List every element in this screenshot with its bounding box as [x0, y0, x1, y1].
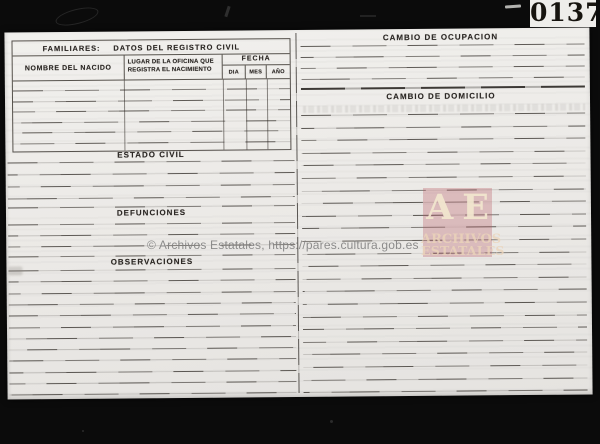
ruled-line: [9, 313, 296, 317]
table-title: DATOS DEL REGISTRO CIVIL: [113, 42, 240, 52]
fecha-subcolumns: DIA MES AÑO: [223, 65, 290, 79]
section-observaciones: OBSERVACIONES: [13, 256, 290, 267]
center-divider-line: [295, 33, 299, 393]
ruled-line: [301, 76, 585, 79]
photo-id: 0137: [530, 0, 596, 27]
ruled-line: [301, 43, 585, 46]
ruled-line: [8, 184, 295, 188]
ruled-line: [9, 370, 296, 374]
ruled-line: [13, 141, 290, 144]
watermark-letter-e: E: [462, 189, 489, 227]
scan-smudge: [224, 6, 230, 17]
table-column-line: [267, 79, 269, 149]
ruled-line: [8, 172, 295, 176]
ruled-line: [301, 112, 585, 115]
ruled-line: [9, 347, 296, 351]
table-column-line: [246, 79, 248, 149]
scan-speck: [330, 420, 333, 423]
ruled-line: [304, 390, 588, 393]
photo-id-box: 0137: [530, 0, 596, 27]
ruled-lines: [8, 160, 295, 163]
table-column-line: [223, 80, 225, 150]
ruled-line: [303, 314, 587, 317]
ruled-line: [303, 364, 587, 367]
familiares-label: FAMILIARES:: [43, 43, 101, 53]
watermark-org-name: ARCHIVOS ESTATALES: [421, 234, 494, 257]
ruled-line: [9, 302, 296, 306]
watermark-monogram: A E: [423, 189, 492, 227]
ruled-line: [303, 276, 587, 279]
col-header-fecha: FECHA: [223, 54, 290, 66]
scan-smudge: [360, 15, 376, 17]
ruled-line: [13, 109, 290, 112]
section-estado-civil: ESTADO CIVIL: [12, 149, 289, 160]
ruled-line: [302, 175, 586, 178]
bleed-through-text: [303, 103, 585, 112]
ruled-line: [8, 268, 295, 272]
ruled-line: [13, 99, 290, 102]
ruled-line: [13, 88, 290, 91]
ruled-line: [302, 264, 586, 267]
scratch-mark: [505, 4, 521, 8]
table-column-headers: NOMBRE DEL NACIDO LUGAR DE LA OFICINA QU…: [13, 54, 290, 81]
ruled-line: [301, 65, 585, 68]
col-header-dia: DIA: [223, 65, 246, 78]
ruled-lines: [301, 85, 585, 87]
copyright-watermark: © Archivos Estatales, https://pares.cult…: [147, 238, 419, 252]
ruled-line: [303, 339, 587, 342]
ruled-line: [301, 85, 585, 89]
ruled-line: [13, 130, 290, 133]
ruled-lines: [301, 112, 585, 114]
ruled-line: [9, 336, 296, 340]
ruled-line: [301, 138, 585, 141]
col-header-ano: AÑO: [267, 65, 290, 78]
archivos-estatales-watermark: A E ARCHIVOS ESTATALES: [423, 188, 492, 257]
ruled-line: [301, 150, 585, 153]
ruled-line: [303, 301, 587, 304]
registro-civil-table: FAMILIARES: DATOS DEL REGISTRO CIVIL NOM…: [11, 38, 291, 152]
ruled-line: [302, 163, 586, 166]
ruled-line: [301, 54, 585, 57]
pencil-mark: [8, 266, 22, 275]
ruled-line: [10, 392, 297, 396]
col-header-lugar-line2: REGISTRA EL NACIMIENTO: [128, 66, 222, 75]
ruled-line: [9, 358, 296, 362]
registry-card: FAMILIARES: DATOS DEL REGISTRO CIVIL NOM…: [4, 27, 592, 399]
col-header-nombre: NOMBRE DEL NACIDO: [13, 56, 124, 81]
section-cambio-ocupacion: CAMBIO DE OCUPACION: [296, 31, 584, 43]
ruled-line: [303, 327, 587, 330]
ruled-lines: [8, 222, 295, 225]
section-cambio-domicilio: CAMBIO DE DOMICILIO: [297, 90, 585, 102]
col-header-lugar: LUGAR DE LA OFICINA QUE REGISTRA EL NACI…: [124, 55, 223, 80]
ruled-lines: [301, 43, 585, 45]
ruled-line: [8, 196, 295, 200]
scan-speck: [82, 430, 84, 432]
table-column-line: [124, 81, 126, 151]
scan-background: FAMILIARES: DATOS DEL REGISTRO CIVIL NOM…: [0, 0, 600, 444]
ruled-line: [8, 160, 295, 164]
ruled-line: [8, 222, 295, 226]
watermark-estatales: ESTATALES: [421, 245, 494, 257]
ruled-line: [8, 233, 295, 237]
ruled-line: [303, 352, 587, 355]
ruled-line: [13, 120, 290, 123]
table-data-rows: [13, 79, 291, 151]
ruled-line: [9, 381, 296, 385]
ruled-line: [9, 291, 296, 295]
ruled-line: [9, 325, 296, 329]
col-header-mes: MES: [246, 65, 267, 78]
scan-smudge: [54, 4, 100, 29]
watermark-letter-a: A: [426, 189, 453, 227]
ruled-line: [303, 289, 587, 292]
section-defunciones: DEFUNCIONES: [13, 207, 290, 218]
ruled-line: [303, 377, 587, 380]
col-header-fecha-group: FECHA DIA MES AÑO: [223, 54, 290, 79]
ruled-line: [301, 125, 585, 128]
ruled-lines: [8, 268, 295, 271]
ruled-line: [9, 279, 296, 283]
